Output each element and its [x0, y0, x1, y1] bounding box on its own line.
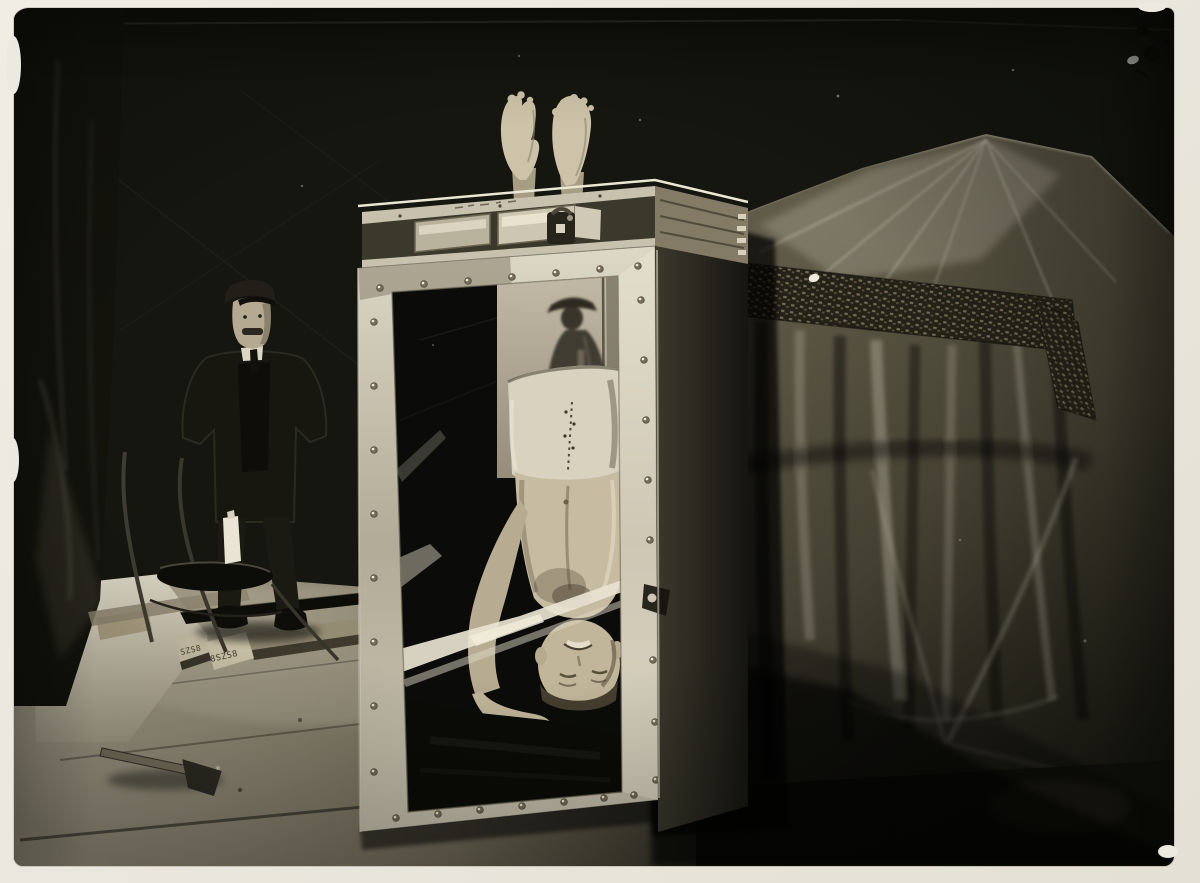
scene: SZS8 8SZS8	[14, 8, 1174, 866]
photo-print: SZS8 8SZS8	[0, 0, 1200, 883]
photograph: SZS8 8SZS8	[14, 8, 1174, 866]
paper-blemish	[6, 36, 21, 94]
padlock	[547, 209, 575, 244]
cabinet	[358, 180, 748, 832]
paper-blemish	[1138, 1, 1166, 12]
eye	[258, 314, 262, 318]
candle-on-chair	[223, 516, 241, 564]
paper-blemish	[7, 438, 19, 482]
performer-trunks	[508, 366, 624, 487]
emulsion-damage	[1126, 24, 1170, 78]
vest	[238, 362, 270, 472]
mustache	[242, 328, 263, 335]
eye	[243, 315, 247, 319]
paper-blemish	[1158, 845, 1178, 858]
